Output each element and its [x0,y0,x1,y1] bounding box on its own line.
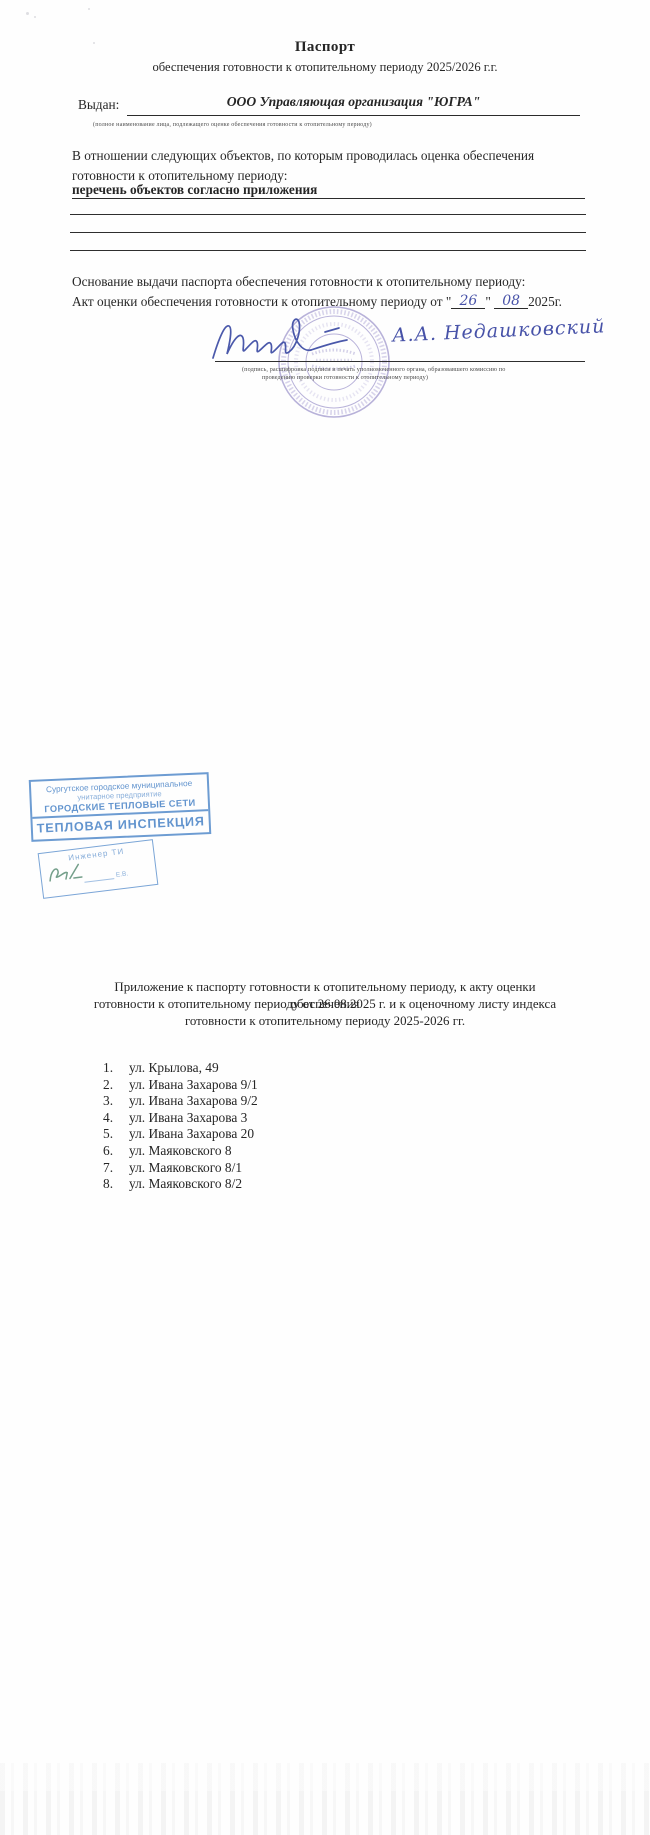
list-item-text: ул. Маяковского 8/2 [129,1176,242,1193]
list-item-text: ул. Маяковского 8 [129,1143,232,1160]
list-item-text: ул. Ивана Захарова 3 [129,1110,247,1127]
document-title: Паспорт [0,39,650,56]
scanned-document-page: Паспорт обеспечения готовности к отопите… [0,0,650,1835]
signature-line [215,361,585,362]
engineer-signature [44,861,84,887]
list-item: 7.ул. Маяковского 8/1 [103,1160,403,1177]
handwritten-signature [205,312,365,368]
list-item: 1.ул. Крылова, 49 [103,1060,403,1077]
list-item-text: ул. Ивана Захарова 9/1 [129,1077,258,1094]
engineer-name-line [83,864,115,883]
list-item-number: 2. [103,1077,129,1094]
list-item: 8.ул. Маяковского 8/2 [103,1176,403,1193]
list-item-number: 4. [103,1110,129,1127]
appendix-heading-line2: готовности к отопительному периоду от 26… [85,996,565,1013]
signature-transcript-handwritten: А.А. Недашковский [392,315,606,346]
objects-field: перечень объектов согласно приложения [72,181,585,199]
list-item: 5.ул. Ивана Захарова 20 [103,1126,403,1143]
act-close-quote: " [485,294,490,309]
list-item: 4.ул. Ивана Захарова 3 [103,1110,403,1127]
list-item-text: ул. Ивана Захарова 9/2 [129,1093,258,1110]
list-item-number: 5. [103,1126,129,1143]
list-item: 3.ул. Ивана Захарова 9/2 [103,1093,403,1110]
issued-caption: (полное наименование лица, подлежащего о… [93,122,372,128]
list-item-number: 6. [103,1143,129,1160]
act-month-handwritten: 08 [494,295,528,309]
engineer-stamp: Инженер ТИ Е.В. [38,839,159,899]
list-item: 6.ул. Маяковского 8 [103,1143,403,1160]
list-item-number: 7. [103,1160,129,1177]
engineer-name: Е.В. [115,870,128,878]
act-day-handwritten: 26 [451,295,485,309]
act-year: 2025г. [528,294,562,309]
pencil-speck [88,8,90,10]
list-item-text: ул. Ивана Захарова 20 [129,1126,254,1143]
appendix-heading-line3: готовности к отопительному периоду 2025-… [85,1013,565,1030]
heat-inspection-stamp: Сургутское городское муниципальное унита… [29,772,212,842]
list-item-text: ул. Маяковского 8/1 [129,1160,242,1177]
list-item-number: 1. [103,1060,129,1077]
list-item-number: 8. [103,1176,129,1193]
list-item: 2.ул. Ивана Захарова 9/1 [103,1077,403,1094]
issued-field: ООО Управляющая организация "ЮГРА" [127,93,580,116]
objects-intro: В отношении следующих объектов, по котор… [72,146,564,186]
blank-line [70,232,586,233]
signature-caption-line2: проведению проверки готовности к отопите… [262,374,428,381]
scan-noise [0,1791,650,1835]
pencil-speck [26,12,29,15]
blank-line [70,214,586,215]
list-item-text: ул. Крылова, 49 [129,1060,219,1077]
address-list: 1.ул. Крылова, 49 2.ул. Ивана Захарова 9… [103,1060,403,1193]
scan-noise [0,1763,650,1791]
list-item-number: 3. [103,1093,129,1110]
blank-line [70,250,586,251]
signature-caption-line1: (подпись, расшифровка подписи и печать у… [242,366,505,373]
document-subtitle: обеспечения готовности к отопительному п… [0,60,650,75]
basis-intro: Основание выдачи паспорта обеспечения го… [72,272,572,292]
pencil-speck [34,16,36,18]
issued-value: ООО Управляющая организация "ЮГРА" [227,94,481,109]
issued-label: Выдан: [78,95,119,115]
objects-value: перечень объектов согласно приложения [72,182,317,197]
